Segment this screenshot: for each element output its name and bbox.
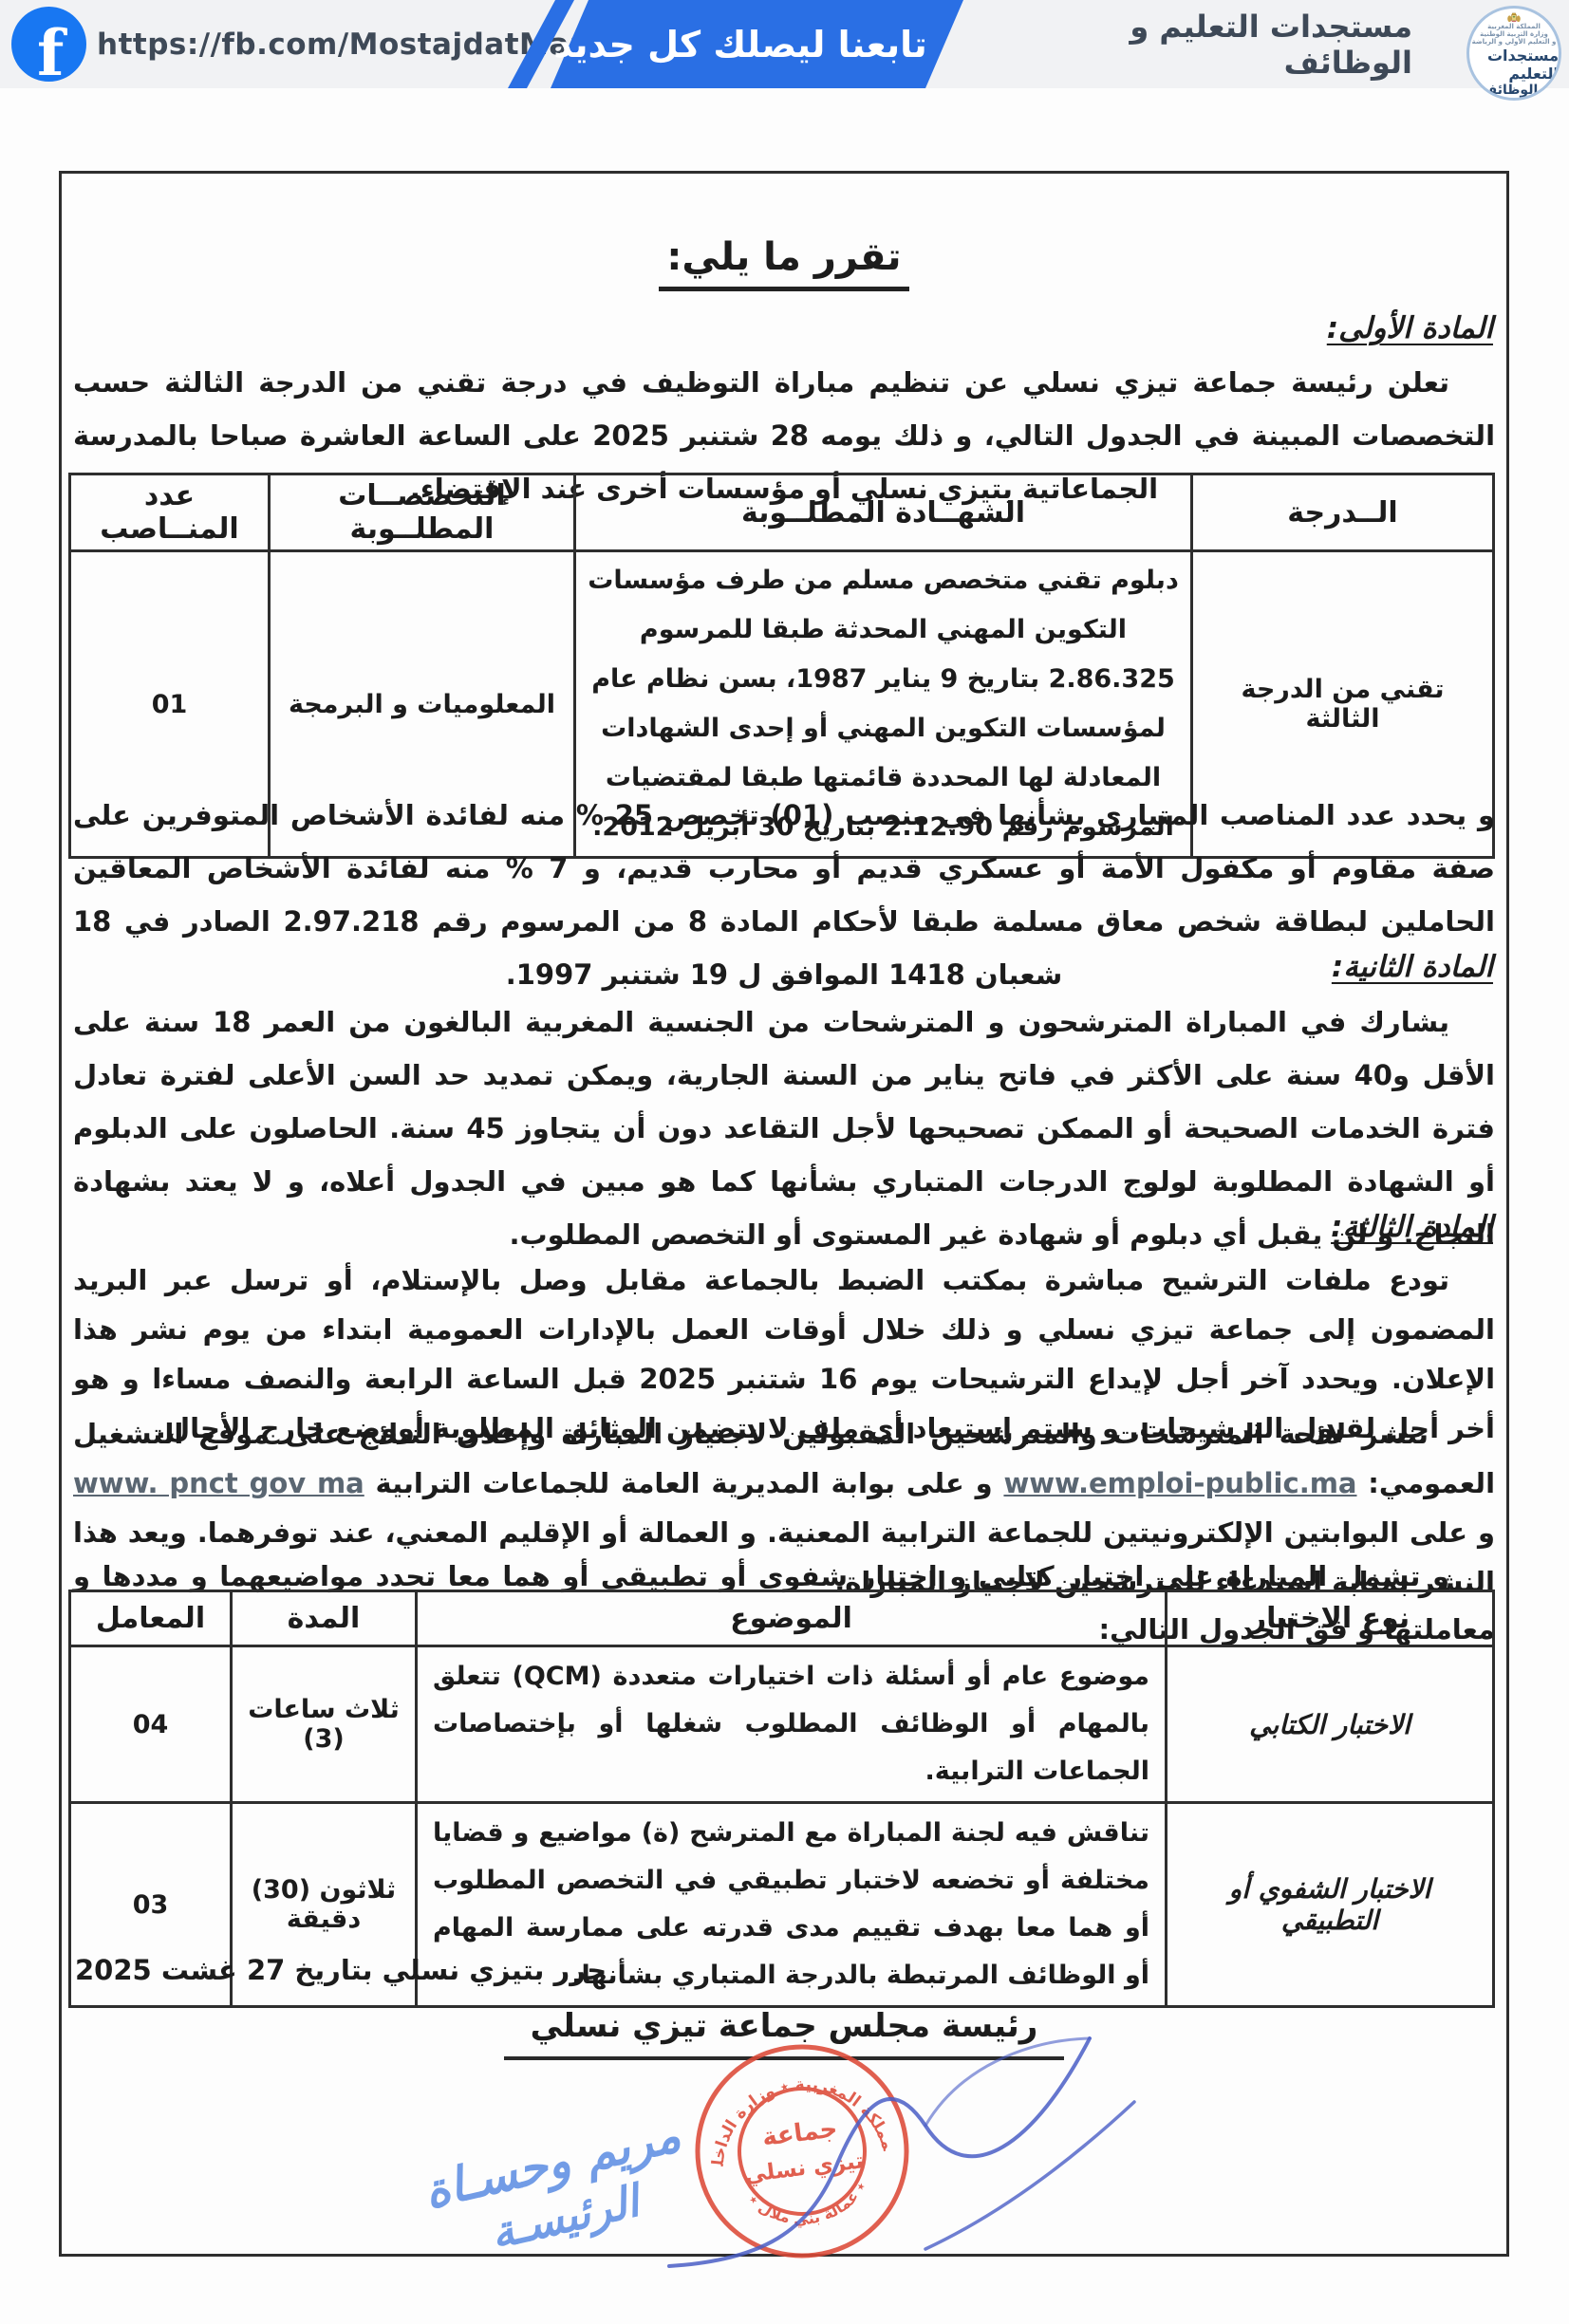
quota-paragraph: و يحدد عدد المناصب المتبارى بشأنها في من… (73, 789, 1495, 1001)
follow-ribbon-label: تابعنا ليصلك كل جديد (551, 0, 930, 88)
article-2-heading: المادة الثانية: (1332, 950, 1493, 984)
document-title: تقرر ما يلي: (62, 235, 1506, 291)
coat-of-arms-icon (1498, 12, 1530, 23)
header-banner: f https://fb.com/MostajdatMaroc تابعنا ل… (0, 0, 1569, 88)
col-positions: عدد المنــاصب (70, 474, 270, 551)
article-1-heading: المادة الأولى: (1327, 311, 1493, 345)
written-exam-coefficient: 04 (70, 1646, 232, 1803)
site-logo: المملكة المغربية وزارة التربية الوطنية و… (1466, 6, 1561, 101)
signature-stroke (588, 2012, 1177, 2296)
oral-exam-type: الاختبار الشفوي أو التطبيقي (1167, 1803, 1494, 2007)
col-grade: الــدرجة (1192, 474, 1494, 551)
col-certificate: الشهــادة المطلــوبة (575, 474, 1192, 551)
logo-title-line-1: مستجدات التعليم (1469, 46, 1559, 83)
page: f https://fb.com/MostajdatMaroc تابعنا ل… (0, 0, 1569, 2324)
grades-table-header-row: الــدرجة الشهــادة المطلــوبة التخصصــات… (70, 474, 1494, 551)
col-exam-type: نوع الاختبار (1167, 1591, 1494, 1646)
document-frame: تقرر ما يلي: المادة الأولى: تعلن رئيسة ج… (59, 171, 1509, 2257)
publication-text-2: و على بوابة المديرية العامة للجماعات الت… (364, 1467, 1004, 1499)
logo-tiny-line-3: و التعليم الأولي و الرياضة (1472, 38, 1557, 46)
exams-table-header-row: نوع الاختبار الموضوع المدة المعامل (70, 1591, 1494, 1646)
col-specialty: التخصصــات المطلــوبة (270, 474, 575, 551)
written-exam-duration: ثلاث ساعات (3) (232, 1646, 417, 1803)
col-subject: الموضوع (417, 1591, 1167, 1646)
logo-tiny-line-2: وزارة التربية الوطنية (1480, 30, 1548, 38)
logo-title-line-2: والوظائف (1482, 83, 1546, 98)
logo-tiny-line-1: المملكة المغربية (1487, 23, 1541, 30)
col-duration: المدة (232, 1591, 417, 1646)
article-2-paragraph: يشارك في المباراة المترشحون و المترشحات … (73, 995, 1495, 1261)
facebook-icon[interactable]: f (11, 7, 86, 82)
article-3-heading: المادة الثالثة: (1331, 1210, 1493, 1244)
written-exam-subject: موضوع عام أو أسئلة ذات اختيارات متعددة (… (417, 1646, 1167, 1803)
emploi-public-link[interactable]: www.emploi-public.ma (1003, 1467, 1356, 1499)
issue-date: حرر بتيزي نسلي بتاريخ 27 غشت 2025 (75, 1954, 607, 1986)
exams-table: نوع الاختبار الموضوع المدة المعامل الاخت… (68, 1590, 1495, 2008)
written-exam-type: الاختبار الكتابي (1167, 1646, 1494, 1803)
pnct-link[interactable]: www. pnct gov ma (73, 1467, 364, 1499)
col-coefficient: المعامل (70, 1591, 232, 1646)
page-name: مستجدات التعليم و الوظائف (995, 0, 1412, 88)
written-exam-row: الاختبار الكتابي موضوع عام أو أسئلة ذات … (70, 1646, 1494, 1803)
